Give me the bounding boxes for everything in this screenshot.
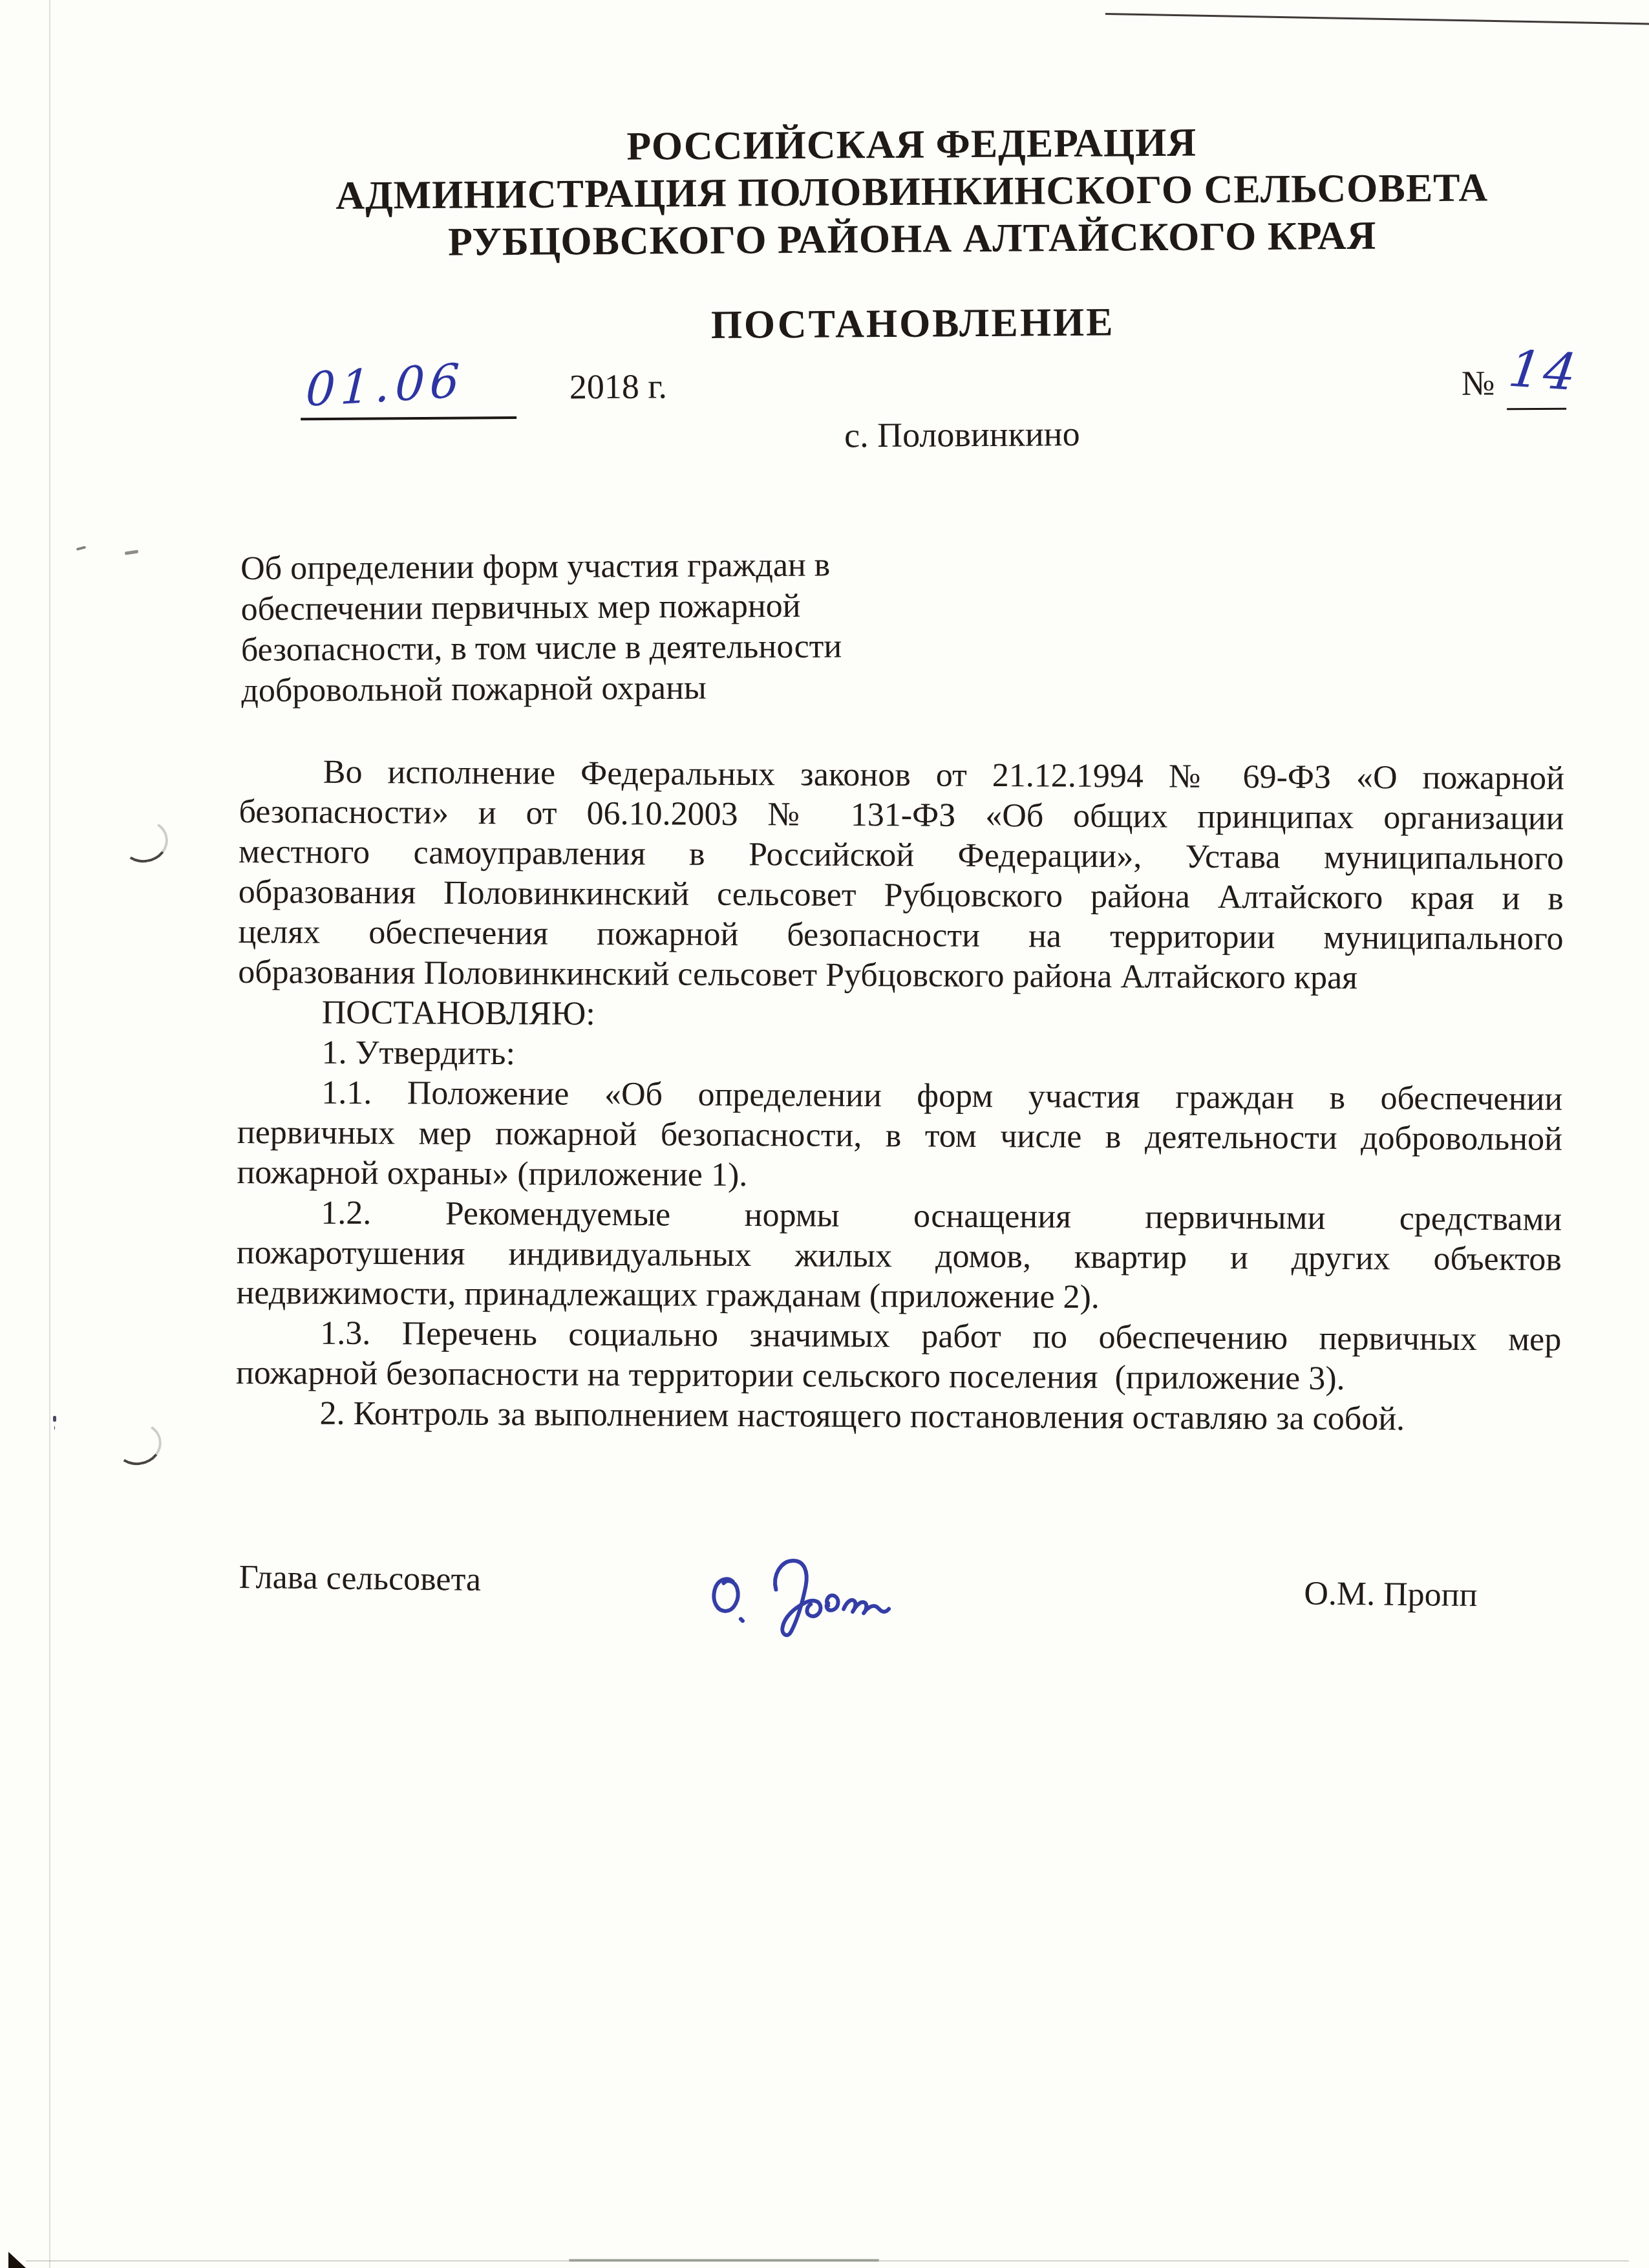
body-line: 1.3. Перечень социально значимых работ п… — [236, 1313, 1561, 1360]
scan-artifact-bottom-smudge — [569, 2259, 879, 2262]
resolution-keyword-line: ПОСТАНОВЛЯЮ: — [238, 992, 1563, 1040]
signatory-title: Глава сельсовета — [239, 1558, 481, 1599]
body-line: 2. Контроль за выполнением настоящего по… — [235, 1393, 1560, 1440]
body-line: Во исполнение Федеральных законов от 21.… — [239, 752, 1564, 799]
body-line: пожарной охраны» (приложение 1). — [237, 1153, 1562, 1200]
number-sign: № — [1462, 363, 1495, 403]
body-line: первичных мер пожарной безопасности, в т… — [237, 1113, 1562, 1160]
subject-line: Об определении форм участия граждан в — [240, 544, 913, 589]
body-line: целях обеспечения пожарной безопасности … — [238, 912, 1563, 959]
subject-line: обеспечении первичных мер пожарной — [240, 585, 913, 630]
punch-hole-shadow-top — [117, 816, 171, 866]
date-and-number-row: 01.06 2018 г. № 14 — [241, 352, 1586, 418]
number-underline — [1507, 408, 1566, 411]
scan-artifact-left-margin-line — [49, 0, 50, 2268]
year-label: 2018 г. — [569, 366, 667, 407]
body-line: безопасности» и от 06.10.2003 № 131-ФЗ «… — [239, 792, 1564, 839]
scanned-document-page: РОССИЙСКАЯ ФЕДЕРАЦИЯ АДМИНИСТРАЦИЯ ПОЛОВ… — [0, 0, 1649, 2268]
body-line: местного самоуправления в Российской Фед… — [239, 832, 1564, 879]
body-text: Во исполнение Федеральных законов от 21.… — [235, 752, 1564, 1440]
document-type-title: ПОСТАНОВЛЕНИЕ — [240, 295, 1585, 352]
scan-artifact-top-edge-line — [1105, 13, 1649, 25]
signatory-name: О.М. Пропп — [1304, 1574, 1478, 1614]
body-line: пожаротушения индивидуальных жилых домов… — [237, 1233, 1562, 1280]
body-line: образования Половинкинский сельсовет Руб… — [238, 952, 1563, 1000]
org-name-line-3: РУБЦОВСКОГО РАЙОНА АЛТАЙСКОГО КРАЯ — [240, 211, 1584, 268]
letterhead: РОССИЙСКАЯ ФЕДЕРАЦИЯ АДМИНИСТРАЦИЯ ПОЛОВ… — [239, 116, 1586, 460]
handwritten-number: 14 — [1505, 340, 1582, 402]
subject-line: добровольной пожарной охраны — [241, 667, 913, 711]
scan-ink-mark — [53, 1416, 56, 1422]
body-line: недвижимости, принадлежащих гражданам (п… — [236, 1273, 1561, 1320]
org-name-line-2: АДМИНИСТРАЦИЯ ПОЛОВИНКИНСКОГО СЕЛЬСОВЕТА — [240, 164, 1584, 220]
scan-speck — [76, 546, 87, 551]
body-line: пожарной безопасности на территории сель… — [236, 1353, 1561, 1400]
scan-artifact-corner-triangle — [8, 2252, 26, 2268]
signature-row: Глава сельсовета О.М. Пропп — [238, 1552, 1584, 1708]
scan-speck — [125, 550, 139, 555]
punch-hole-shadow-bottom — [111, 1418, 165, 1469]
handwritten-date: 01.06 — [304, 353, 466, 417]
subject-block: Об определении форм участия граждан в об… — [240, 544, 914, 711]
body-line: 1.2. Рекомендуемые нормы оснащения перви… — [237, 1193, 1562, 1240]
body-line: 1. Утвердить: — [237, 1032, 1562, 1080]
body-line: 1.1. Положение «Об определении форм учас… — [237, 1073, 1562, 1120]
subject-line: безопасности, в том числе в деятельности — [241, 626, 913, 670]
signature-scribble — [707, 1553, 895, 1645]
body-line: образования Половинкинский сельсовет Руб… — [239, 872, 1564, 919]
